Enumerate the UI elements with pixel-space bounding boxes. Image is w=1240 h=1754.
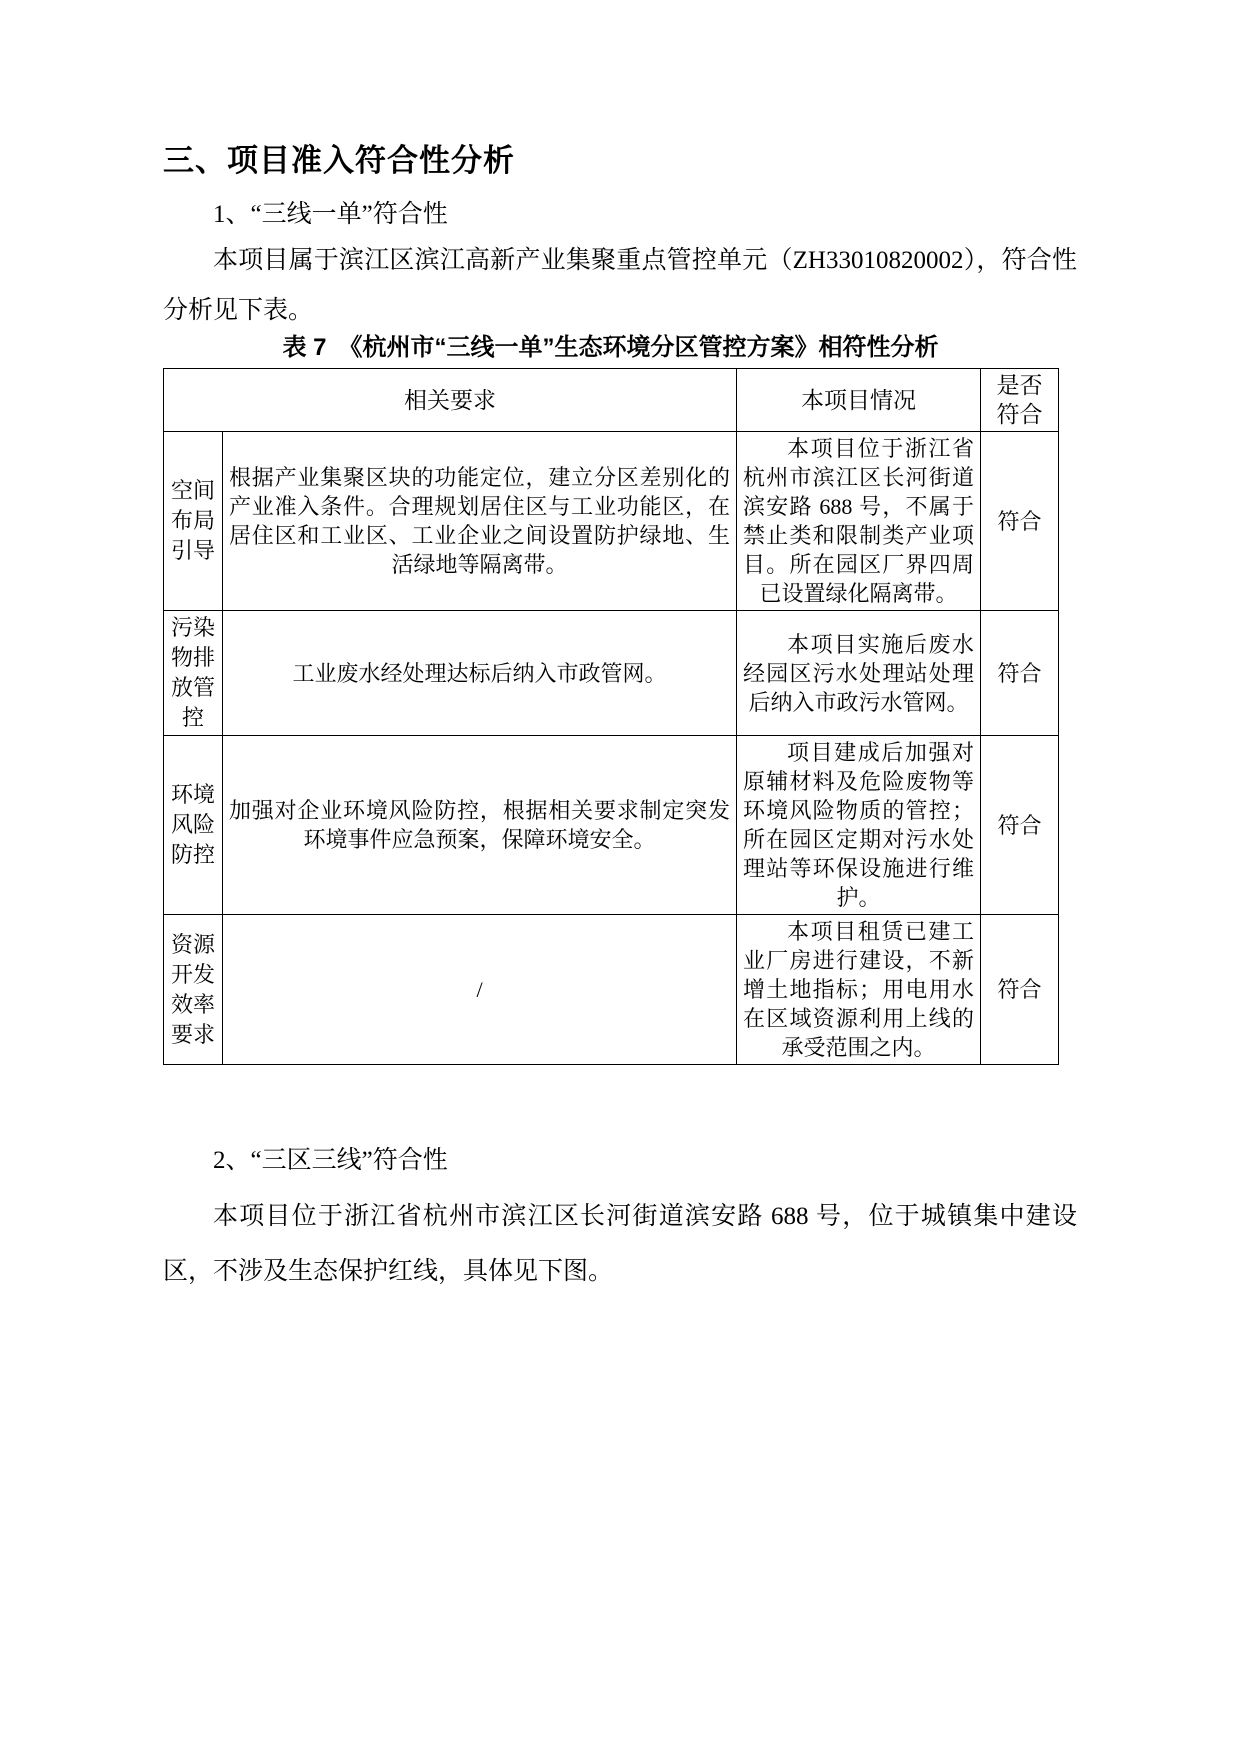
project-cell: 项目建成后加强对原辅材料及危险废物等环境风险物质的管控；所在园区定期对污水处理站… bbox=[737, 736, 981, 915]
subsection-1-paragraph: 本项目属于滨江区滨江高新产业集聚重点管控单元（ZH33010820002），符合… bbox=[163, 236, 1077, 336]
table-row: 环境风险防控 加强对企业环境风险防控，根据相关要求制定突发环境事件应急预案，保障… bbox=[164, 736, 1059, 915]
compliance-cell: 符合 bbox=[981, 736, 1059, 915]
project-cell: 本项目位于浙江省杭州市滨江区长河街道滨安路 688 号，不属于禁止类和限制类产业… bbox=[737, 432, 981, 611]
table-caption: 表 7 《杭州市“三线一单”生态环境分区管控方案》相符性分析 bbox=[163, 333, 1058, 363]
category-cell: 污染物排放管控 bbox=[164, 611, 223, 736]
category-cell: 空间布局引导 bbox=[164, 432, 223, 611]
compliance-cell: 符合 bbox=[981, 611, 1059, 736]
header-compliance: 是否符合 bbox=[981, 369, 1059, 432]
requirement-cell: / bbox=[223, 915, 737, 1065]
project-cell: 本项目实施后废水经园区污水处理站处理后纳入市政污水管网。 bbox=[737, 611, 981, 736]
category-cell: 环境风险防控 bbox=[164, 736, 223, 915]
section-heading: 三、项目准入符合性分析 bbox=[163, 141, 515, 181]
subsection-1-heading: 1、“三线一单”符合性 bbox=[163, 198, 1077, 232]
header-requirement: 相关要求 bbox=[164, 369, 737, 432]
requirement-cell: 工业废水经处理达标后纳入市政管网。 bbox=[223, 611, 737, 736]
compliance-cell: 符合 bbox=[981, 432, 1059, 611]
compliance-cell: 符合 bbox=[981, 915, 1059, 1065]
project-cell: 本项目租赁已建工业厂房进行建设，不新增土地指标；用电用水在区域资源利用上线的承受… bbox=[737, 915, 981, 1065]
requirement-cell: 加强对企业环境风险防控，根据相关要求制定突发环境事件应急预案，保障环境安全。 bbox=[223, 736, 737, 915]
document-page: 三、项目准入符合性分析 1、“三线一单”符合性 本项目属于滨江区滨江高新产业集聚… bbox=[0, 0, 1240, 1754]
header-project: 本项目情况 bbox=[737, 369, 981, 432]
table-row: 空间布局引导 根据产业集聚区块的功能定位，建立分区差别化的产业准入条件。合理规划… bbox=[164, 432, 1059, 611]
compliance-table: 相关要求 本项目情况 是否符合 空间布局引导 根据产业集聚区块的功能定位，建立分… bbox=[163, 368, 1059, 1065]
subsection-2-heading: 2、“三区三线”符合性 bbox=[163, 1144, 1077, 1178]
table-header-row: 相关要求 本项目情况 是否符合 bbox=[164, 369, 1059, 432]
table-row: 污染物排放管控 工业废水经处理达标后纳入市政管网。 本项目实施后废水经园区污水处… bbox=[164, 611, 1059, 736]
table-row: 资源开发效率要求 / 本项目租赁已建工业厂房进行建设，不新增土地指标；用电用水在… bbox=[164, 915, 1059, 1065]
category-cell: 资源开发效率要求 bbox=[164, 915, 223, 1065]
requirement-cell: 根据产业集聚区块的功能定位，建立分区差别化的产业准入条件。合理规划居住区与工业功… bbox=[223, 432, 737, 611]
subsection-2-paragraph: 本项目位于浙江省杭州市滨江区长河街道滨安路 688 号，位于城镇集中建设区，不涉… bbox=[163, 1189, 1077, 1299]
